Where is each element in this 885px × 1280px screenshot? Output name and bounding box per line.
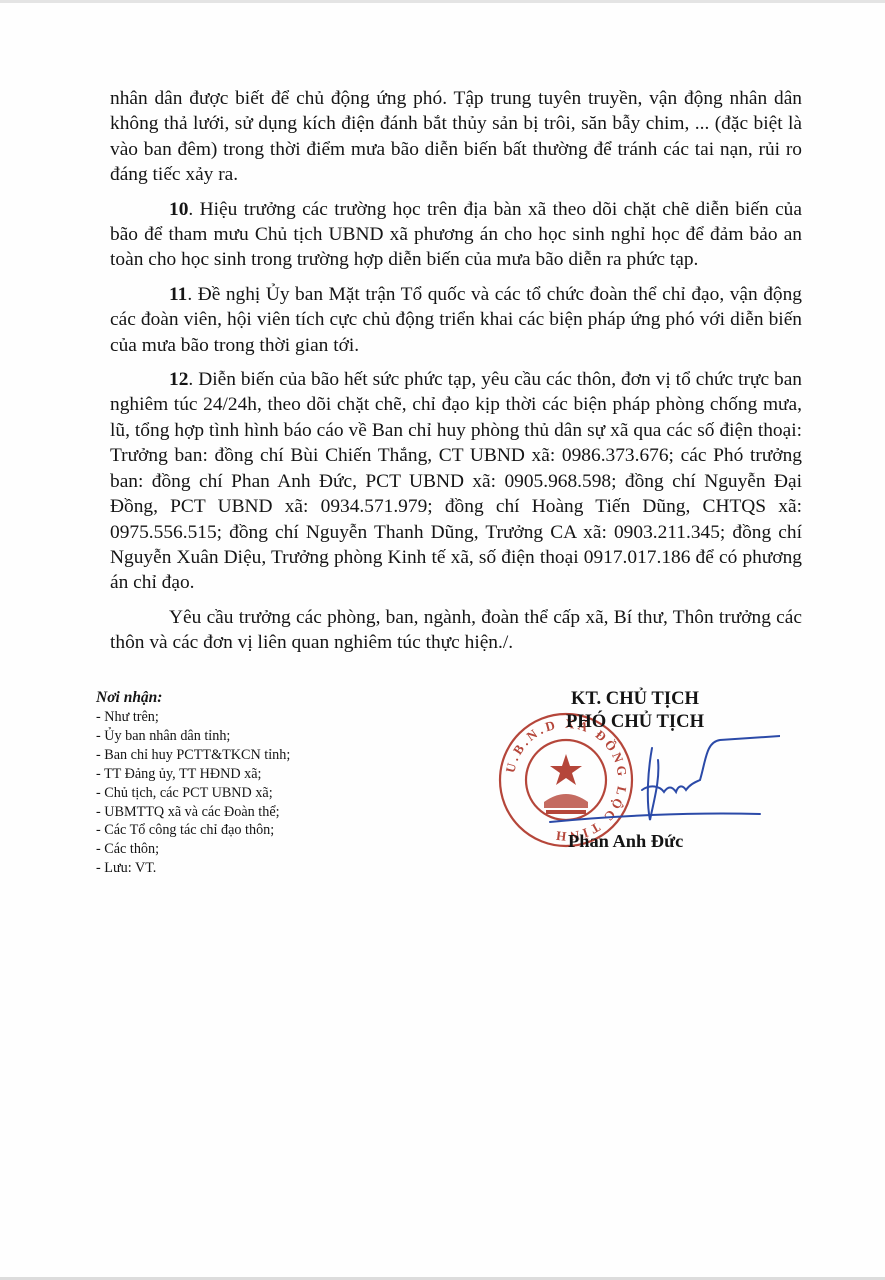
- document-body: nhân dân được biết để chủ động ứng phó. …: [110, 86, 802, 665]
- paragraph-text: . Diễn biến của bão hết sức phức tạp, yê…: [110, 369, 802, 593]
- recipient-item: - Lưu: VT.: [96, 859, 396, 878]
- recipient-item: - Ủy ban nhân dân tỉnh;: [96, 727, 396, 746]
- paragraph-12: 12. Diễn biến của bão hết sức phức tạp, …: [110, 367, 802, 596]
- signer-name: Phan Anh Đức: [568, 831, 683, 852]
- paragraph-number: 10: [169, 199, 188, 220]
- recipient-item: - Các Tổ công tác chỉ đạo thôn;: [96, 821, 396, 840]
- recipient-item: - Như trên;: [96, 708, 396, 727]
- recipient-item: - Ban chỉ huy PCTT&TKCN tỉnh;: [96, 746, 396, 765]
- recipients-block: Nơi nhận: - Như trên; - Ủy ban nhân dân …: [96, 688, 396, 878]
- recipient-item: - Các thôn;: [96, 840, 396, 859]
- signature-title-1: KT. CHỦ TỊCH: [490, 688, 780, 710]
- recipient-item: - Chủ tịch, các PCT UBND xã;: [96, 784, 396, 803]
- recipients-title: Nơi nhận:: [96, 688, 396, 708]
- paragraph-closing: Yêu cầu trưởng các phòng, ban, ngành, đo…: [110, 605, 802, 656]
- signature-block: U.B.N.D XÃ ĐỒNG LỘC TỈNH KT. CHỦ TỊCH PH…: [490, 680, 780, 880]
- paragraph-text: . Hiệu trưởng các trường học trên địa bà…: [110, 199, 802, 271]
- handwritten-signature-icon: [530, 720, 780, 840]
- paragraph-continuation: nhân dân được biết để chủ động ứng phó. …: [110, 86, 802, 188]
- paragraph-text: Yêu cầu trưởng các phòng, ban, ngành, đo…: [110, 607, 802, 653]
- paragraph-number: 11: [169, 284, 187, 305]
- paragraph-number: 12: [169, 369, 188, 390]
- paragraph-10: 10. Hiệu trưởng các trường học trên địa …: [110, 197, 802, 273]
- page-top-edge: [0, 0, 885, 3]
- recipient-item: - TT Đảng ủy, TT HĐND xã;: [96, 765, 396, 784]
- paragraph-text: . Đề nghị Ủy ban Mặt trận Tổ quốc và các…: [110, 284, 802, 356]
- recipient-item: - UBMTTQ xã và các Đoàn thể;: [96, 803, 396, 822]
- paragraph-11: 11. Đề nghị Ủy ban Mặt trận Tổ quốc và c…: [110, 282, 802, 358]
- paragraph-text: nhân dân được biết để chủ động ứng phó. …: [110, 88, 802, 185]
